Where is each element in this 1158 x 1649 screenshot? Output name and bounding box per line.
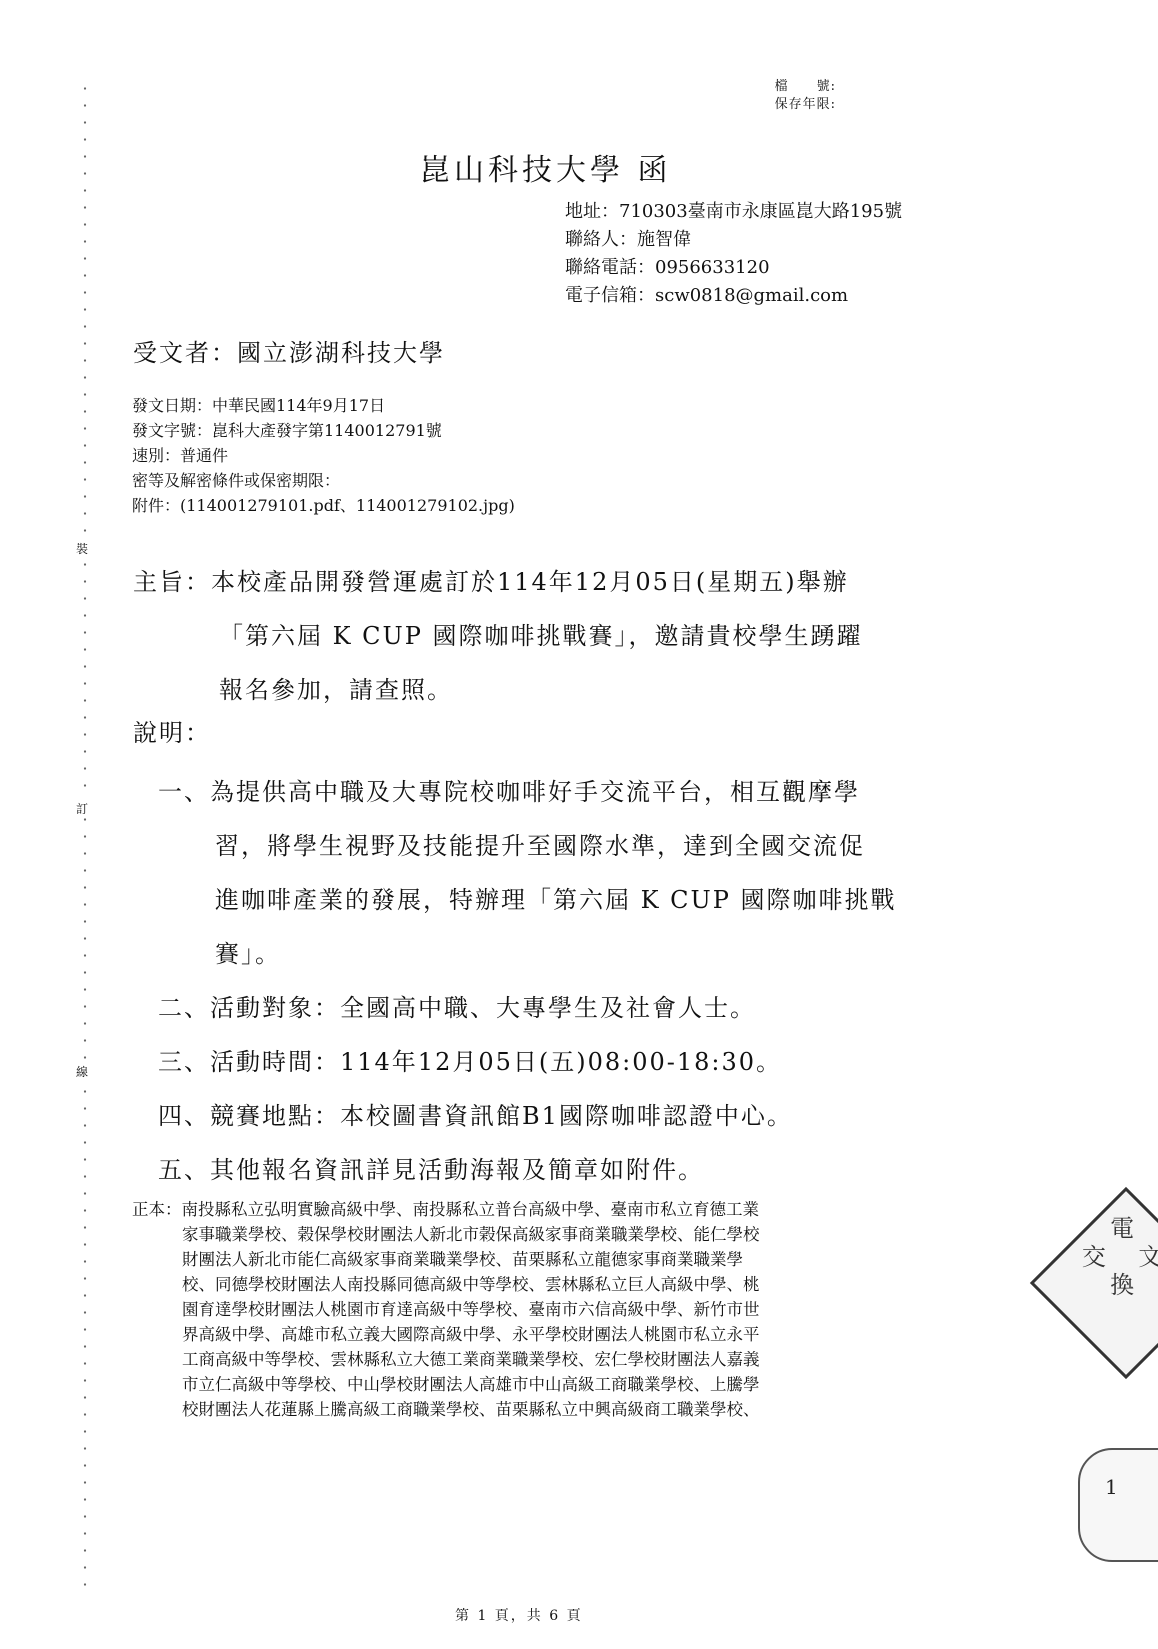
item-line: 習，將學生視野及技能提升至國際水準，達到全國交流促 — [158, 819, 897, 873]
seal-char: 換 — [1110, 1265, 1134, 1300]
binding-dotted-line — [82, 80, 88, 1600]
contact-block: 地址：710303臺南市永康區崑大路195號 聯絡人：施智偉 聯絡電話：0956… — [565, 198, 902, 310]
phone: 聯絡電話：0956633120 — [565, 254, 902, 282]
explanation-item-5: 五、其他報名資訊詳見活動海報及簡章如附件。 — [158, 1143, 897, 1197]
explanation-label: 說明： — [133, 713, 211, 748]
subject: 主旨：本校產品開發營運處訂於114年12月05日(星期五)舉辦 「第六屆 K C… — [133, 555, 863, 717]
subject-line: 報名參加，請查照。 — [133, 663, 863, 717]
cc-line: 園育達學校財團法人桃園市育達高級中等學校、臺南市六信高級中學、新竹市世 — [132, 1297, 760, 1322]
item-line: 賽」。 — [158, 927, 897, 981]
address: 地址：710303臺南市永康區崑大路195號 — [565, 198, 902, 226]
exchange-seal-stamp: 電 文 交 換 — [1030, 1187, 1158, 1379]
retention-label: 保存年限: — [775, 96, 836, 114]
cc-line: 財團法人新北市能仁高級家事商業職業學校、苗栗縣私立龍德家事商業職業學 — [132, 1247, 760, 1272]
explanation-item-4: 四、競賽地點：本校圖書資訊館B1國際咖啡認證中心。 — [158, 1089, 897, 1143]
page-footer: 第 1 頁，共 6 頁 — [455, 1605, 583, 1625]
cc-line: 工商高級中等學校、雲林縣私立大德工業商業職業學校、宏仁學校財團法人嘉義 — [132, 1347, 760, 1372]
email: 電子信箱：scw0818@gmail.com — [565, 282, 902, 310]
item-line: 一、為提供高中職及大專院校咖啡好手交流平台，相互觀摩學 — [158, 765, 897, 819]
cc-line: 校、同德學校財團法人南投縣同德高級中等學校、雲林縣私立巨人高級中學、桃 — [132, 1272, 760, 1297]
explanation-items: 一、為提供高中職及大專院校咖啡好手交流平台，相互觀摩學 習，將學生視野及技能提升… — [158, 765, 897, 1197]
cc-line: 正本：南投縣私立弘明實驗高級中學、南投縣私立普台高級中學、臺南市私立育德工業 — [132, 1197, 760, 1222]
item-line: 進咖啡產業的發展，特辦理「第六屆 K CUP 國際咖啡挑戰 — [158, 873, 897, 927]
cc-line: 界高級中學、高雄市私立義大國際高級中學、永平學校財團法人桃園市私立永平 — [132, 1322, 760, 1347]
recipient: 受文者：國立澎湖科技大學 — [133, 333, 445, 368]
copy-recipients: 正本：南投縣私立弘明實驗高級中學、南投縣私立普台高級中學、臺南市私立育德工業 家… — [132, 1197, 760, 1422]
seal-char: 電 — [1110, 1209, 1134, 1244]
explanation-item-2: 二、活動對象：全國高中職、大專學生及社會人士。 — [158, 981, 897, 1035]
explanation-item-1: 一、為提供高中職及大專院校咖啡好手交流平台，相互觀摩學 習，將學生視野及技能提升… — [158, 765, 897, 981]
cc-line: 校財團法人花蓮縣上騰高級工商職業學校、苗栗縣私立中興高級商工職業學校、 — [132, 1397, 760, 1422]
issue-date: 發文日期：中華民國114年9月17日 — [132, 393, 515, 418]
contact-person: 聯絡人：施智偉 — [565, 226, 902, 254]
seal-char: 交 — [1082, 1237, 1106, 1272]
subject-line: 主旨：本校產品開發營運處訂於114年12月05日(星期五)舉辦 — [133, 555, 863, 609]
secrecy-level: 密等及解密條件或保密期限： — [132, 468, 515, 493]
seal-char: 文 — [1138, 1237, 1158, 1272]
seal-page-mark: 1 — [1105, 1475, 1118, 1499]
document-number: 發文字號：崑科大產發字第1140012791號 — [132, 418, 515, 443]
page-seal-stamp — [1078, 1448, 1158, 1562]
document-meta: 發文日期：中華民國114年9月17日 發文字號：崑科大產發字第114001279… — [132, 393, 515, 518]
file-no-label: 檔 號: — [775, 78, 836, 96]
binding-mark-xian: 線 — [76, 1063, 88, 1081]
binding-mark-zhuang: 裝 — [76, 540, 88, 558]
delivery-speed: 速別：普通件 — [132, 443, 515, 468]
document-title: 崑山科技大學 函 — [420, 145, 672, 189]
binding-mark-ding: 訂 — [76, 800, 88, 818]
cc-line: 家事職業學校、榖保學校財團法人新北市榖保高級家事商業職業學校、能仁學校 — [132, 1222, 760, 1247]
subject-line: 「第六屆 K CUP 國際咖啡挑戰賽」，邀請貴校學生踴躍 — [133, 609, 863, 663]
explanation-item-3: 三、活動時間：114年12月05日(五)08:00-18:30。 — [158, 1035, 897, 1089]
attachments: 附件：(114001279101.pdf、114001279102.jpg) — [132, 493, 515, 518]
cc-line: 市立仁高級中等學校、中山學校財團法人高雄市中山高級工商職業學校、上騰學 — [132, 1372, 760, 1397]
filing-info: 檔 號: 保存年限: — [775, 78, 836, 114]
